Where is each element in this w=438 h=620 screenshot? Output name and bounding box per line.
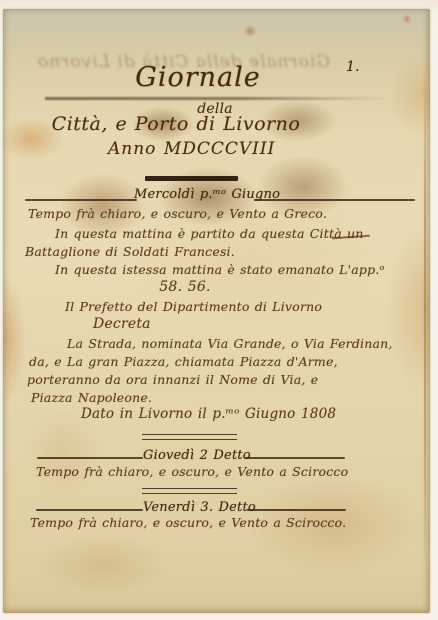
heading-rule-left [25, 199, 137, 201]
entry-line: Piazza Napoleone. [31, 390, 152, 405]
journal-title: Giornale [118, 70, 278, 85]
entry-line: Il Prefetto del Dipartimento di Livorno [65, 299, 322, 314]
entry-line: porteranno da ora innanzi il Nome di Via… [27, 372, 318, 387]
heading-rule-right [254, 199, 415, 201]
heading-rule-right [245, 457, 345, 459]
heading-rule-left [36, 509, 143, 511]
entry-line: La Strada, nominata Via Grande, o Via Fe… [67, 336, 393, 351]
entry-line: In questa mattina è partito da questa Ci… [55, 226, 364, 241]
entry-heading: Mercoldì p.ᵐᵒ Giugno [134, 187, 252, 202]
entry-heading: Venerdì 3. Detto [143, 500, 245, 515]
bleedthrough-rule [45, 97, 390, 100]
entry-line: da, e La gran Piazza, chiamata Piazza d'… [29, 354, 338, 369]
weather-line: Tempo frà chiaro, e oscuro, e Vento a Sc… [36, 464, 348, 479]
heading-rule-left [37, 457, 143, 459]
entry-end-rule [142, 488, 237, 494]
decree-number: 58. 56. [145, 280, 225, 295]
page-fold-line [424, 70, 426, 570]
entry-line: In questa istessa mattina è stato emanat… [55, 262, 384, 277]
title-year: Anno MDCCCVIII [108, 142, 268, 157]
decreta-line: Decreta [93, 317, 151, 332]
page-number: 1. [346, 60, 360, 75]
weather-line: Tempo frà chiaro, e oscuro, e Vento a Sc… [30, 515, 346, 530]
section-divider-bar [145, 176, 238, 181]
title-city-port: Città, e Porto di Livorno [50, 117, 302, 132]
weather-line: Tempo frà chiaro, e oscuro, e Vento a Gr… [28, 206, 327, 221]
dateline: Dato in Livorno il p.ᵐᵒ Giugno 1808 [81, 407, 336, 422]
heading-rule-right [247, 509, 346, 511]
entry-heading: Giovedì 2 Detto [143, 448, 243, 463]
entry-end-rule [142, 434, 237, 440]
entry-line: Battaglione di Soldati Francesi. [25, 244, 235, 259]
manuscript-scan: Giornale della Città di Livorno 1. Giorn… [0, 0, 438, 620]
